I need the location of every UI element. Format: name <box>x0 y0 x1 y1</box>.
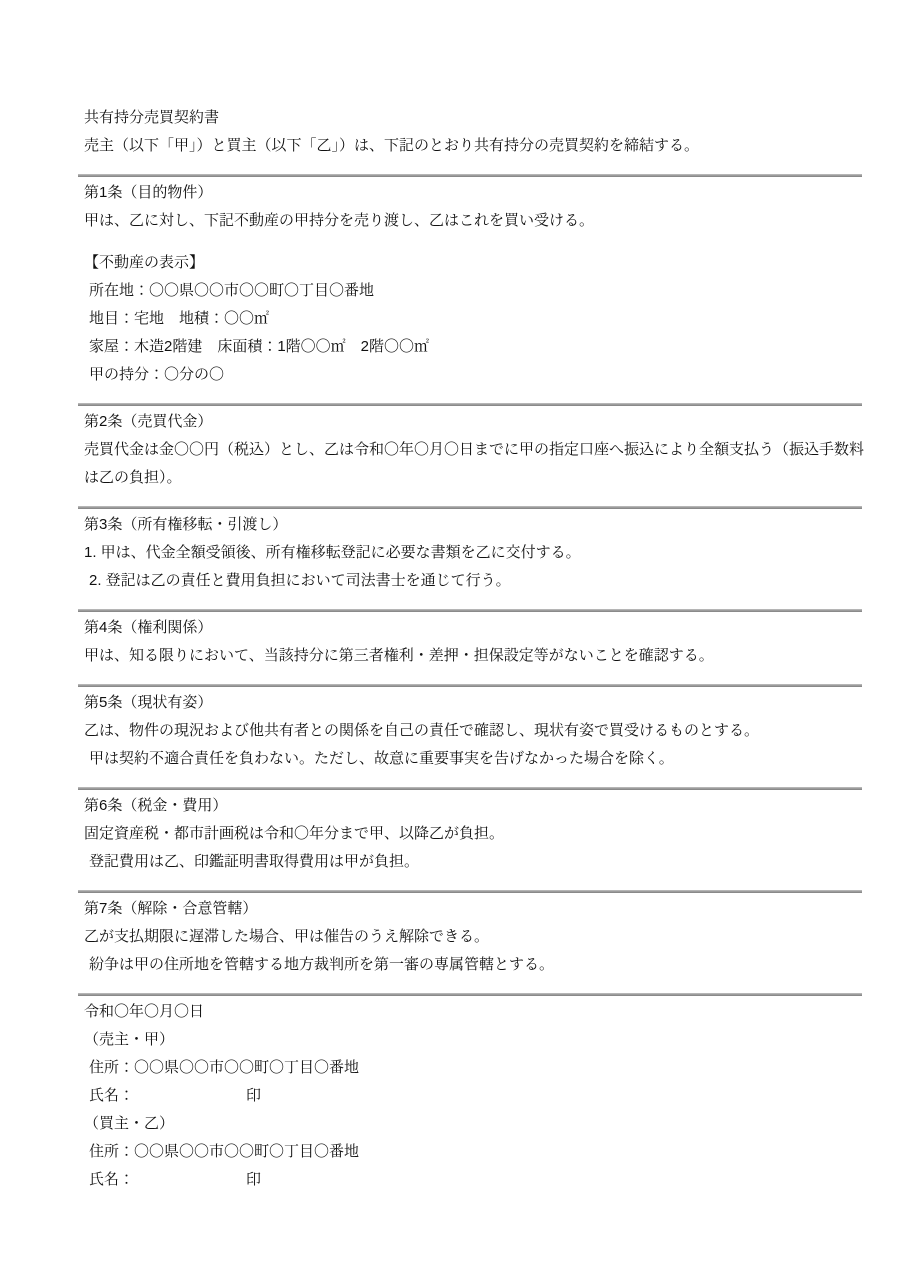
seller-seal-mark: 印 <box>246 1087 261 1104</box>
article-2: 第2条（売買代金） 売買代金は金〇〇円（税込）とし、乙は令和〇年〇月〇日までに甲… <box>84 408 870 492</box>
seller-name-line: 氏名：印 <box>84 1082 870 1110</box>
article-1: 第1条（目的物件） 甲は、乙に対し、下記不動産の甲持分を売り渡し、乙はこれを買い… <box>84 179 870 235</box>
article-5-line-2: 甲は契約不適合責任を負わない。ただし、故意に重要事実を告げなかった場合を除く。 <box>84 745 870 773</box>
article-3-heading: 第3条（所有権移転・引渡し） <box>84 511 870 539</box>
article-5-line-1: 乙は、物件の現況および他共有者との関係を自己の責任で確認し、現状有姿で買受けるも… <box>84 717 870 745</box>
article-5-heading: 第5条（現状有姿） <box>84 689 870 717</box>
article-4: 第4条（権利関係） 甲は、知る限りにおいて、当該持分に第三者権利・差押・担保設定… <box>84 614 870 670</box>
document-intro: 売主（以下「甲」）と買主（以下「乙」）は、下記のとおり共有持分の売買契約を締結す… <box>84 132 870 160</box>
article-6-line-2: 登記費用は乙、印鑑証明書取得費用は甲が負担。 <box>84 848 870 876</box>
signature-block: 令和〇年〇月〇日 （売主・甲） 住所：〇〇県〇〇市〇〇町〇丁目〇番地 氏名：印 … <box>84 998 870 1194</box>
document-title: 共有持分売買契約書 <box>84 104 870 132</box>
property-header: 【不動産の表示】 <box>84 249 870 277</box>
property-land: 地目：宅地 地積：〇〇㎡ <box>84 305 870 333</box>
article-6-heading: 第6条（税金・費用） <box>84 792 870 820</box>
property-description: 【不動産の表示】 所在地：〇〇県〇〇市〇〇町〇丁目〇番地 地目：宅地 地積：〇〇… <box>84 249 870 389</box>
property-building: 家屋：木造2階建 床面積：1階〇〇㎡ 2階〇〇㎡ <box>84 333 870 361</box>
article-2-heading: 第2条（売買代金） <box>84 408 870 436</box>
article-5: 第5条（現状有姿） 乙は、物件の現況および他共有者との関係を自己の責任で確認し、… <box>84 689 870 773</box>
article-7-line-2: 紛争は甲の住所地を管轄する地方裁判所を第一審の専属管轄とする。 <box>84 951 870 979</box>
contract-date: 令和〇年〇月〇日 <box>84 998 870 1026</box>
article-7: 第7条（解除・合意管轄） 乙が支払期限に遅滞した場合、甲は催告のうえ解除できる。… <box>84 895 870 979</box>
buyer-name-line: 氏名：印 <box>84 1166 870 1194</box>
section-divider <box>78 403 862 406</box>
seller-address: 住所：〇〇県〇〇市〇〇町〇丁目〇番地 <box>84 1054 870 1082</box>
article-2-line: 売買代金は金〇〇円（税込）とし、乙は令和〇年〇月〇日までに甲の指定口座へ振込によ… <box>84 436 870 492</box>
document-header: 共有持分売買契約書 売主（以下「甲」）と買主（以下「乙」）は、下記のとおり共有持… <box>84 104 870 160</box>
buyer-name-label: 氏名： <box>89 1166 246 1194</box>
section-divider <box>78 506 862 509</box>
article-1-line: 甲は、乙に対し、下記不動産の甲持分を売り渡し、乙はこれを買い受ける。 <box>84 207 870 235</box>
property-share: 甲の持分：〇分の〇 <box>84 361 870 389</box>
buyer-address: 住所：〇〇県〇〇市〇〇町〇丁目〇番地 <box>84 1138 870 1166</box>
article-3-line-1: 1. 甲は、代金全額受領後、所有権移転登記に必要な書類を乙に交付する。 <box>84 539 870 567</box>
article-4-heading: 第4条（権利関係） <box>84 614 870 642</box>
contract-document: 共有持分売買契約書 売主（以下「甲」）と買主（以下「乙」）は、下記のとおり共有持… <box>0 0 900 1272</box>
section-divider <box>78 684 862 687</box>
property-location: 所在地：〇〇県〇〇市〇〇町〇丁目〇番地 <box>84 277 870 305</box>
article-6: 第6条（税金・費用） 固定資産税・都市計画税は令和〇年分まで甲、以降乙が負担。 … <box>84 792 870 876</box>
article-7-heading: 第7条（解除・合意管轄） <box>84 895 870 923</box>
seller-name-label: 氏名： <box>89 1082 246 1110</box>
article-6-line-1: 固定資産税・都市計画税は令和〇年分まで甲、以降乙が負担。 <box>84 820 870 848</box>
article-1-heading: 第1条（目的物件） <box>84 179 870 207</box>
article-3: 第3条（所有権移転・引渡し） 1. 甲は、代金全額受領後、所有権移転登記に必要な… <box>84 511 870 595</box>
seller-party-label: （売主・甲） <box>84 1026 870 1054</box>
section-divider <box>78 993 862 996</box>
buyer-seal-mark: 印 <box>246 1171 261 1188</box>
section-divider <box>78 609 862 612</box>
article-3-line-2: 2. 登記は乙の責任と費用負担において司法書士を通じて行う。 <box>84 567 870 595</box>
section-divider <box>78 174 862 177</box>
section-divider <box>78 787 862 790</box>
article-7-line-1: 乙が支払期限に遅滞した場合、甲は催告のうえ解除できる。 <box>84 923 870 951</box>
section-divider <box>78 890 862 893</box>
article-4-line: 甲は、知る限りにおいて、当該持分に第三者権利・差押・担保設定等がないことを確認す… <box>84 642 870 670</box>
buyer-party-label: （買主・乙） <box>84 1110 870 1138</box>
